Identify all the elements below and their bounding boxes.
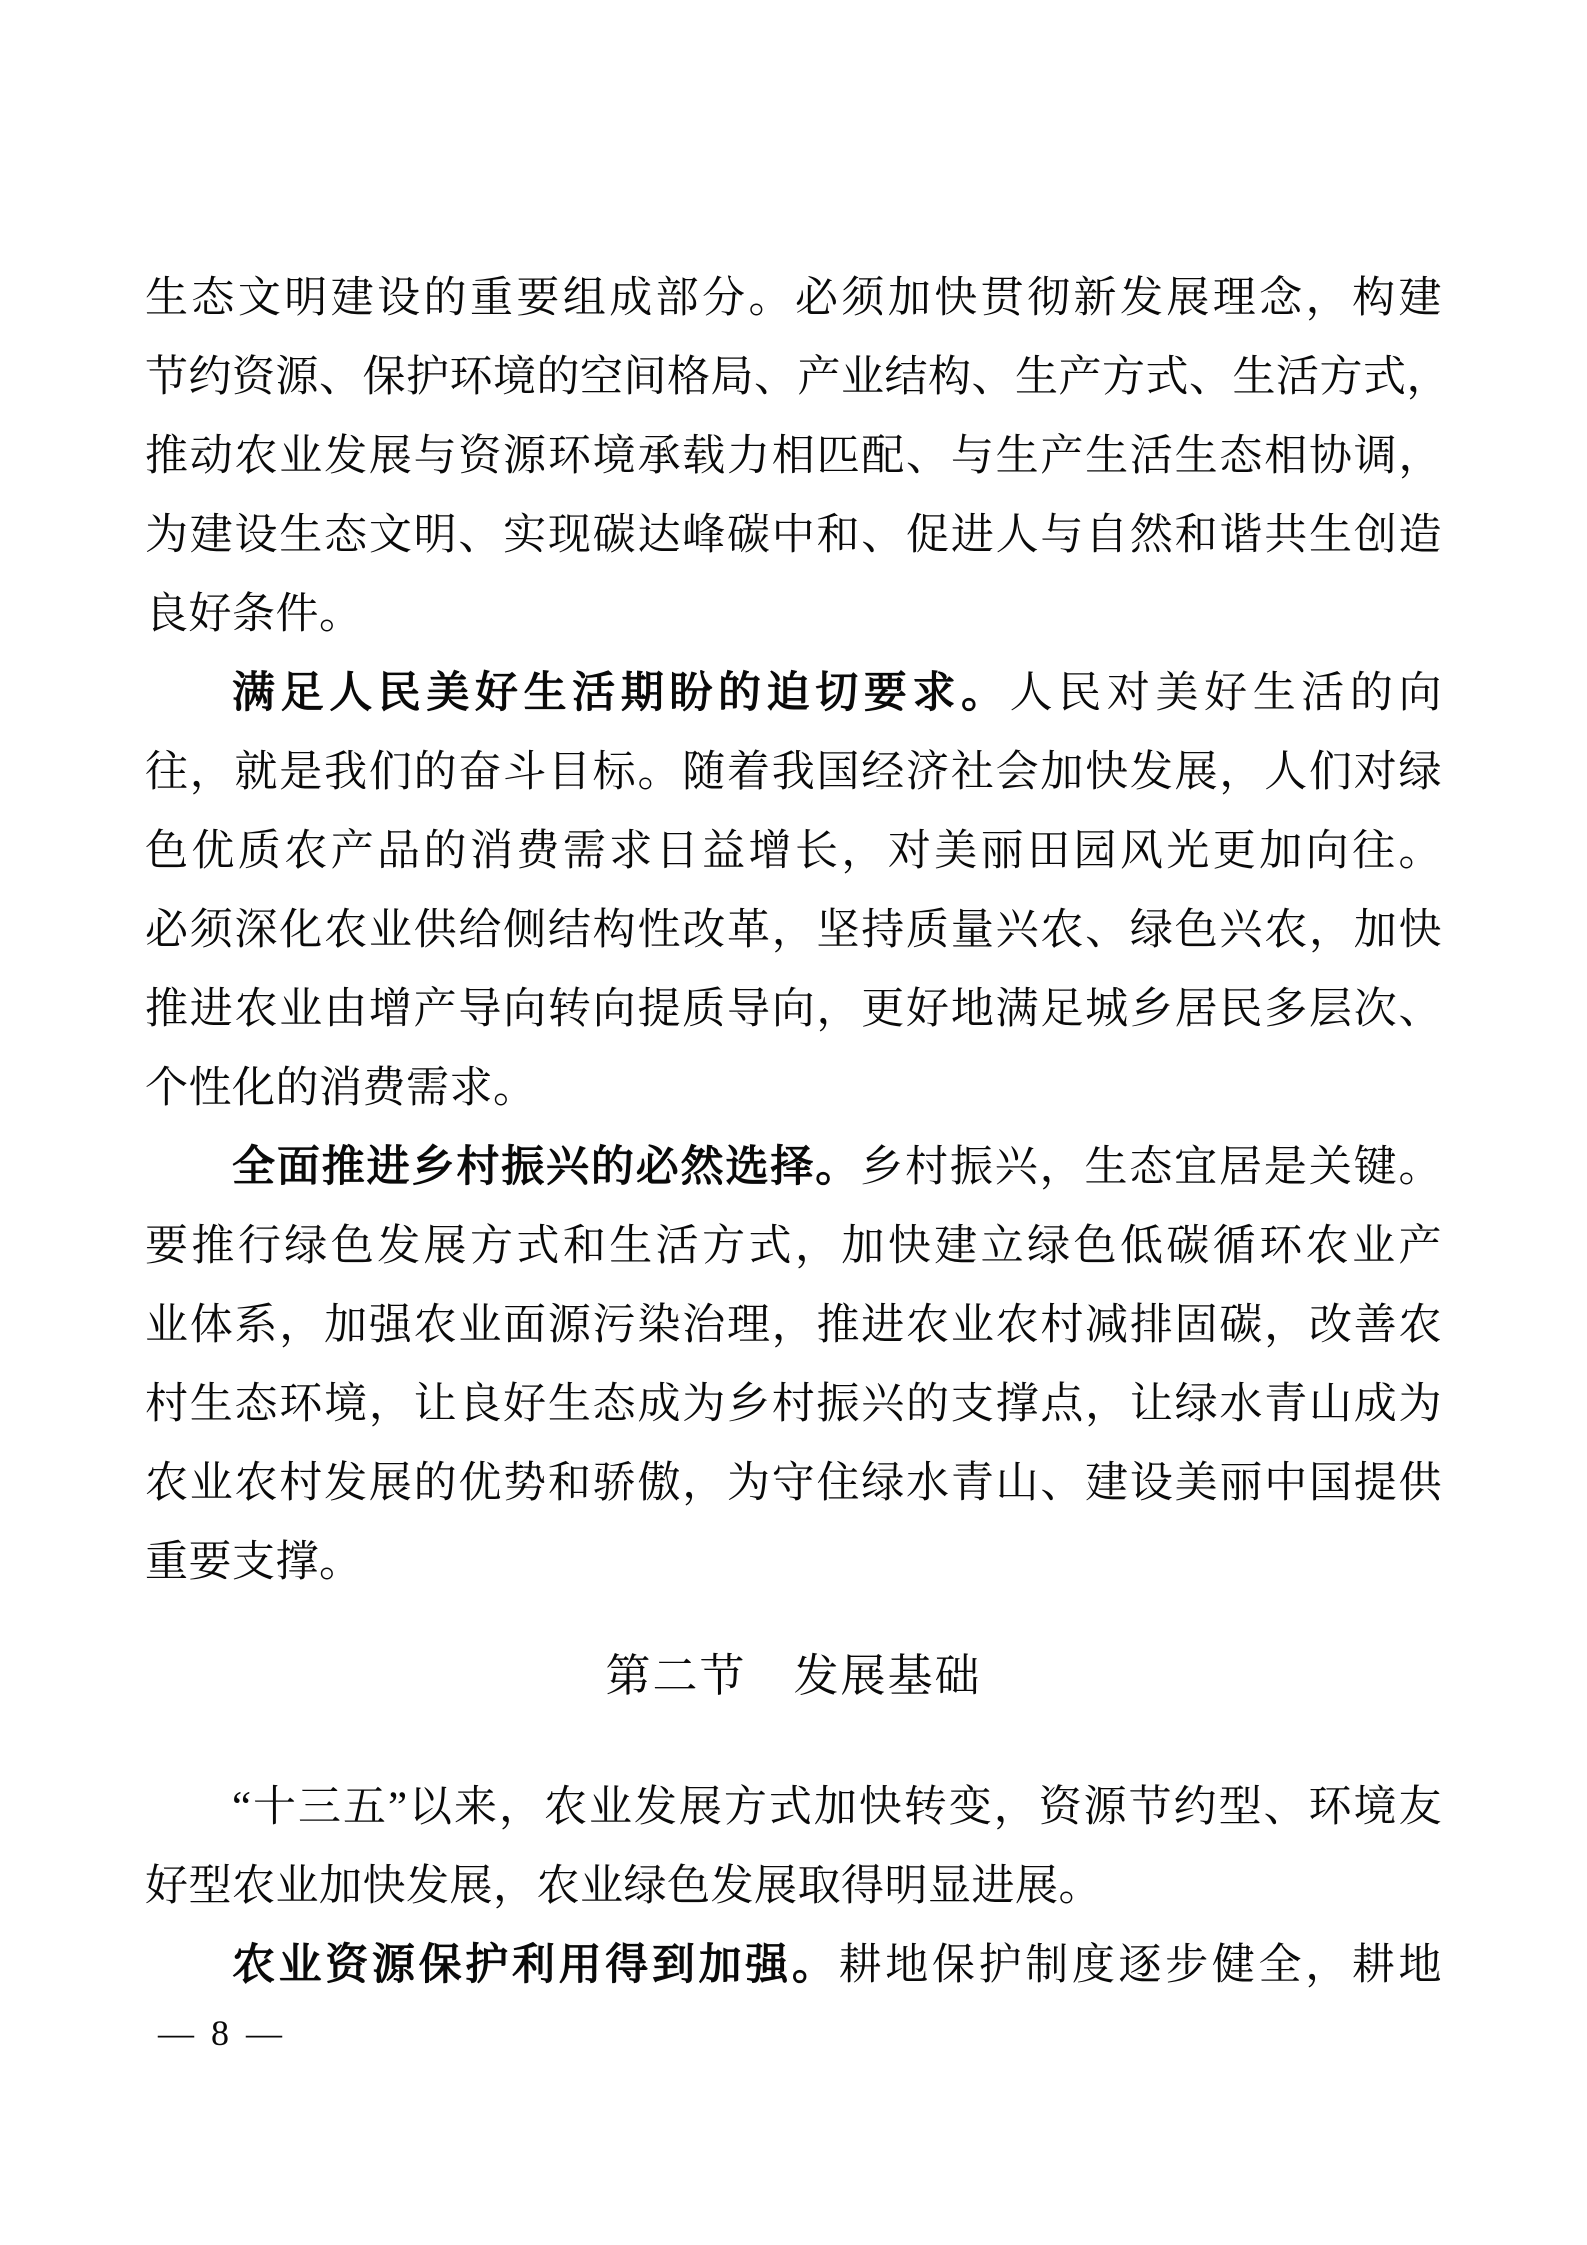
body-text: 生态文明建设的重要组成部分。必须加快贯彻新发展理念，构建 (145, 275, 1442, 322)
text-line: 个性化的消费需求。 (145, 1049, 1442, 1128)
body-text: 色优质农产品的消费需求日益增长，对美丽田园风光更加向往。 (145, 828, 1442, 875)
paragraph: 全面推进乡村振兴的必然选择。乡村振兴，生态宜居是关键。要推行绿色发展方式和生活方… (145, 1128, 1442, 1602)
paragraph: 满足人民美好生活期盼的迫切要求。人民对美好生活的向往，就是我们的奋斗目标。随着我… (145, 654, 1442, 1128)
text-line: 农业资源保护利用得到加强。耕地保护制度逐步健全，耕地 (145, 1926, 1442, 2005)
text-line: 要推行绿色发展方式和生活方式，加快建立绿色低碳循环农业产 (145, 1207, 1442, 1286)
body-text: 人民对美好生活的向 (1010, 670, 1442, 717)
paragraph: “十三五”以来，农业发展方式加快转变，资源节约型、环境友好型农业加快发展，农业绿… (145, 1768, 1442, 1926)
text-line: 村生态环境，让良好生态成为乡村振兴的支撑点，让绿水青山成为 (145, 1365, 1442, 1444)
text-line: 重要支撑。 (145, 1523, 1442, 1602)
bold-lead-text: 满足人民美好生活期盼的迫切要求。 (232, 670, 1010, 717)
text-line: 节约资源、保护环境的空间格局、产业结构、生产方式、生活方式， (145, 338, 1442, 417)
text-line: 必须深化农业供给侧结构性改革，坚持质量兴农、绿色兴农，加快 (145, 891, 1442, 970)
text-line: 生态文明建设的重要组成部分。必须加快贯彻新发展理念，构建 (145, 259, 1442, 338)
body-text: 重要支撑。 (145, 1539, 363, 1586)
body-text: 村生态环境，让良好生态成为乡村振兴的支撑点，让绿水青山成为 (145, 1381, 1442, 1428)
body-text: 必须深化农业供给侧结构性改革，坚持质量兴农、绿色兴农，加快 (145, 907, 1442, 954)
body-text: “十三五”以来，农业发展方式加快转变，资源节约型、环境友 (232, 1784, 1442, 1831)
text-line: “十三五”以来，农业发展方式加快转变，资源节约型、环境友 (145, 1768, 1442, 1847)
text-line: 业体系，加强农业面源污染治理，推进农业农村减排固碳，改善农 (145, 1286, 1442, 1365)
body-text: 往，就是我们的奋斗目标。随着我国经济社会加快发展，人们对绿 (145, 749, 1442, 796)
body-text: 为建设生态文明、实现碳达峰碳中和、促进人与自然和谐共生创造 (145, 512, 1442, 559)
body-text: 推进农业由增产导向转向提质导向，更好地满足城乡居民多层次、 (145, 986, 1442, 1033)
body-text: 乡村振兴，生态宜居是关键。 (860, 1144, 1442, 1191)
text-line: 良好条件。 (145, 575, 1442, 654)
document-page: 生态文明建设的重要组成部分。必须加快贯彻新发展理念，构建节约资源、保护环境的空间… (0, 0, 1587, 2245)
body-text: 个性化的消费需求。 (145, 1065, 537, 1112)
section-heading: 第二节 发展基础 (145, 1630, 1442, 1722)
paragraph: 农业资源保护利用得到加强。耕地保护制度逐步健全，耕地 (145, 1926, 1442, 2005)
body-text: 节约资源、保护环境的空间格局、产业结构、生产方式、生活方式， (145, 354, 1442, 401)
text-line: 推进农业由增产导向转向提质导向，更好地满足城乡居民多层次、 (145, 970, 1442, 1049)
text-line: 推动农业发展与资源环境承载力相匹配、与生产生活生态相协调， (145, 417, 1442, 496)
body-text: 业体系，加强农业面源污染治理，推进农业农村减排固碳，改善农 (145, 1302, 1442, 1349)
body-text: 好型农业加快发展，农业绿色发展取得明显进展。 (145, 1863, 1102, 1910)
body-text: 农业农村发展的优势和骄傲，为守住绿水青山、建设美丽中国提供 (145, 1460, 1442, 1507)
paragraph: 生态文明建设的重要组成部分。必须加快贯彻新发展理念，构建节约资源、保护环境的空间… (145, 259, 1442, 654)
body-text: 推动农业发展与资源环境承载力相匹配、与生产生活生态相协调， (145, 433, 1442, 480)
body-text: 要推行绿色发展方式和生活方式，加快建立绿色低碳循环农业产 (145, 1223, 1442, 1270)
text-line: 农业农村发展的优势和骄傲，为守住绿水青山、建设美丽中国提供 (145, 1444, 1442, 1523)
text-line: 满足人民美好生活期盼的迫切要求。人民对美好生活的向 (145, 654, 1442, 733)
body-text: 耕地保护制度逐步健全，耕地 (839, 1942, 1442, 1989)
text-line: 好型农业加快发展，农业绿色发展取得明显进展。 (145, 1847, 1442, 1926)
text-line: 往，就是我们的奋斗目标。随着我国经济社会加快发展，人们对绿 (145, 733, 1442, 812)
text-line: 色优质农产品的消费需求日益增长，对美丽田园风光更加向往。 (145, 812, 1442, 891)
body-text: 良好条件。 (145, 591, 363, 638)
text-block: 生态文明建设的重要组成部分。必须加快贯彻新发展理念，构建节约资源、保护环境的空间… (145, 259, 1442, 2005)
text-line: 全面推进乡村振兴的必然选择。乡村振兴，生态宜居是关键。 (145, 1128, 1442, 1207)
page-number: — 8 — (158, 2012, 286, 2054)
text-line: 为建设生态文明、实现碳达峰碳中和、促进人与自然和谐共生创造 (145, 496, 1442, 575)
bold-lead-text: 农业资源保护利用得到加强。 (232, 1942, 839, 1989)
bold-lead-text: 全面推进乡村振兴的必然选择。 (232, 1144, 860, 1191)
